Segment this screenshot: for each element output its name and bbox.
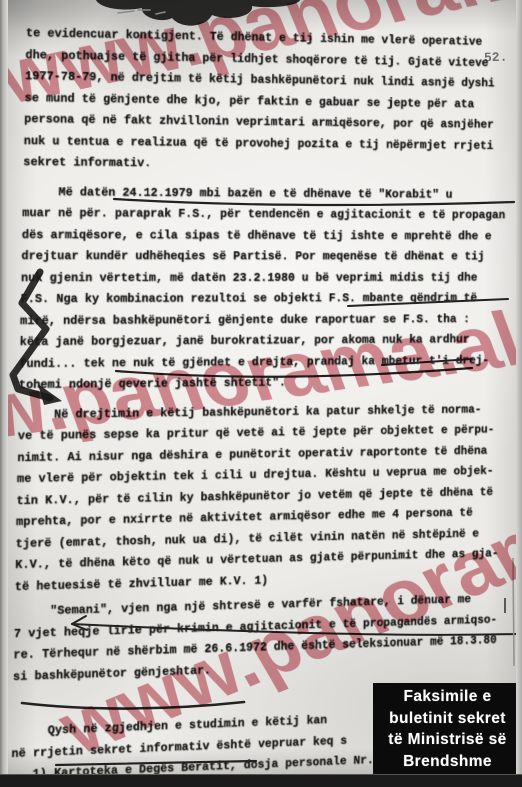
scan-edge-left: [0, 0, 8, 787]
caption-line: buletinit sekret: [373, 708, 522, 730]
text-line: dës armiqësore, e cila sipas të dhënave …: [22, 224, 507, 246]
scan-edge-right: [516, 0, 522, 787]
text-line: tohemi ndonjë qeverie jashtë shtetit".: [19, 371, 504, 397]
caption-box: Faksimile e buletinit sekret të Ministri…: [373, 683, 522, 775]
text-line: mirë, ndërsa bashkëpunëtori gënjente duk…: [20, 309, 505, 332]
caption-line: Brendshme: [373, 751, 522, 773]
text-line: këta janë borgjezuar, janë burokratizuar…: [19, 329, 504, 353]
caption-line: Faksimile e: [373, 686, 522, 708]
scanned-document: 52. te evidencuar kontigjent. Të dhënat …: [0, 0, 522, 787]
text-line: F.S. Nga ky kombinacion rezultoi se obje…: [20, 288, 505, 310]
text-line: nuk gjenin vërtetim, më datën 23.2.1980 …: [21, 267, 506, 288]
caption-line: të Ministrisë së: [373, 729, 522, 751]
text-line: drejtuar kundër udhëheqies së Partisë. P…: [21, 246, 506, 268]
text-line: muar në për. paraprak F.S., për tendencë…: [22, 203, 507, 226]
typewritten-text: te evidencuar kontigjent. Të dhënat e ti…: [11, 23, 511, 786]
text-line: fundi... tek ne nuk të gjëndet e drejta,…: [19, 350, 504, 375]
text-line: Më datën 24.12.1979 mbi bazën e të dhëna…: [22, 181, 507, 205]
scan-edge-bottom: [0, 774, 522, 787]
